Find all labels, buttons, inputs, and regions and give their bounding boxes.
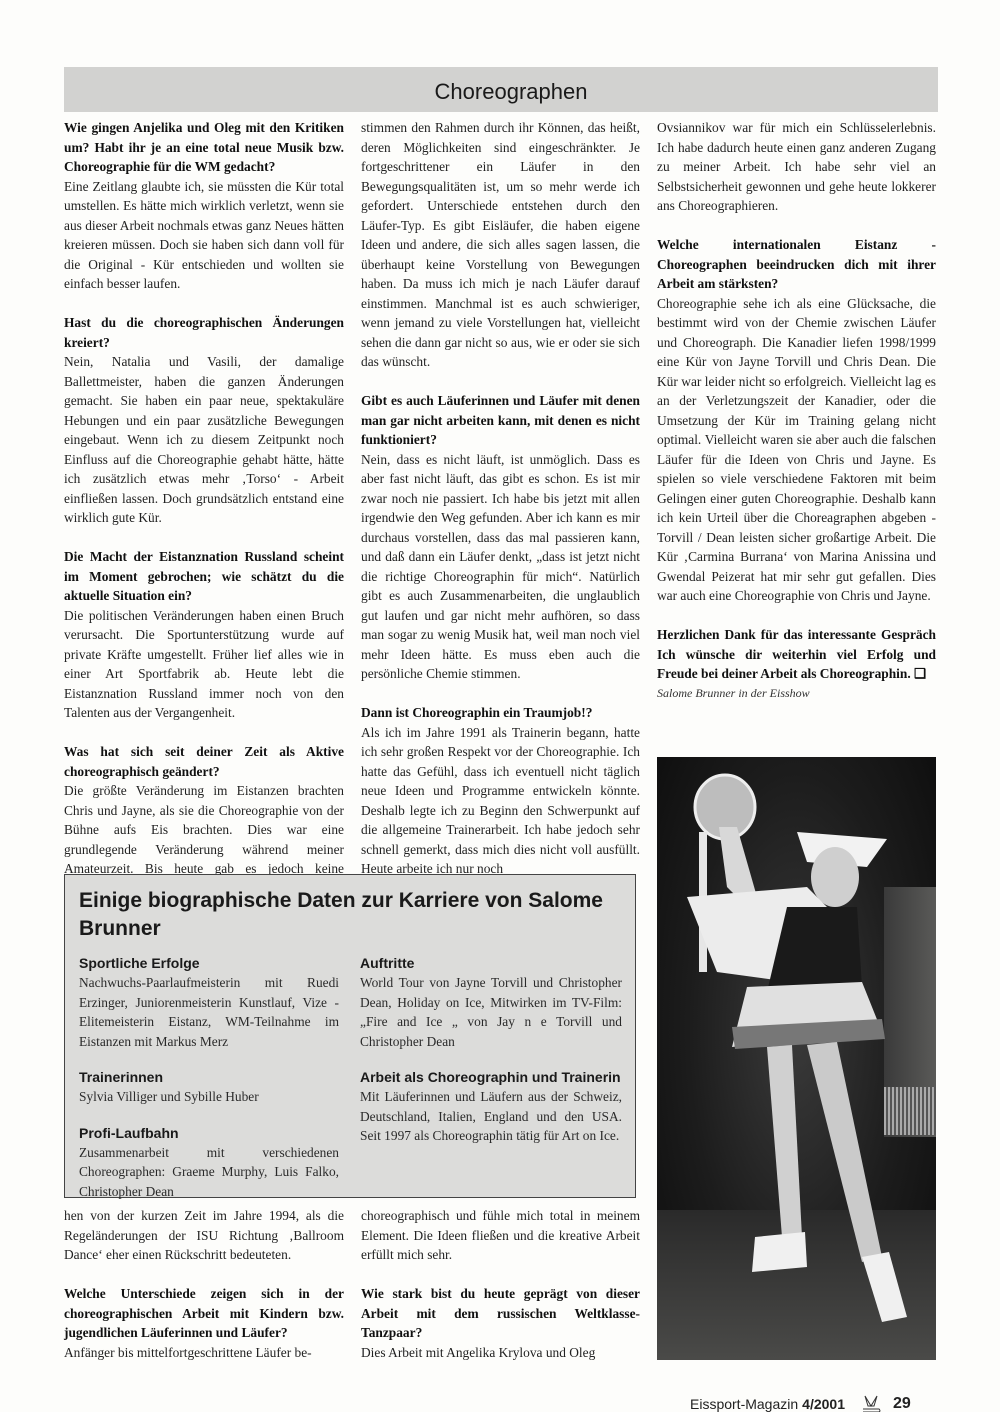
interview-answer: Anfänger bis mittelfortgeschrittene Läuf… — [64, 1343, 344, 1363]
interview-answer: Als ich im Jahre 1991 als Trainerin bega… — [361, 723, 640, 879]
interview-answer: stimmen den Rahmen durch ihr Können, das… — [361, 118, 640, 372]
article-column-2-continued: choreographisch und fühle mich total in … — [361, 1206, 640, 1362]
paragraph-gap — [64, 723, 344, 743]
interview-question: Hast du die choreographischen Änderungen… — [64, 313, 344, 352]
paragraph-gap — [361, 1265, 640, 1285]
interview-question: Welche internationalen Eistanz - Choreog… — [657, 235, 936, 294]
bio-section-trainers: Trainerinnen Sylvia Villiger und Sybille… — [79, 1068, 339, 1107]
bio-heading: Arbeit als Choreographin und Trainerin — [360, 1068, 622, 1087]
biography-box: Einige biographische Daten zur Karriere … — [64, 874, 636, 1198]
skater-photo — [657, 757, 936, 1360]
interview-answer: Nein, dass es nicht läuft, ist unmöglich… — [361, 450, 640, 684]
paragraph-gap — [657, 216, 936, 236]
article-column-2: stimmen den Rahmen durch ihr Können, das… — [361, 118, 640, 879]
paragraph-gap — [361, 684, 640, 704]
bio-text: Mit Läuferinnen und Läufern aus der Schw… — [360, 1087, 622, 1146]
interview-answer: Dies Arbeit mit Angelika Krylova und Ole… — [361, 1343, 640, 1363]
interview-answer: Eine Zeitlang glaubte ich, sie müssten d… — [64, 177, 344, 294]
article-column-3: Ovsiannikov war für mich ein Schlüsseler… — [657, 118, 936, 703]
magazine-name: Eissport-Magazin — [690, 1396, 798, 1412]
issue-number: 4/2001 — [802, 1396, 845, 1412]
interview-answer: choreographisch und fühle mich total in … — [361, 1206, 640, 1265]
bio-text: Zusammenarbeit mit verschiedenen Choreog… — [79, 1143, 339, 1202]
interview-question: Was hat sich seit deiner Zeit als Aktive… — [64, 742, 344, 781]
bio-heading: Profi-Laufbahn — [79, 1124, 339, 1143]
bio-heading: Auftritte — [360, 954, 622, 973]
biography-right-column: Auftritte World Tour von Jayne Torvill u… — [360, 954, 622, 1163]
interview-question: Wie gingen Anjelika und Oleg mit den Kri… — [64, 118, 344, 177]
section-title: Choreographen — [435, 79, 588, 105]
bio-text: Nachwuchs-Paarlaufmeisterin mit Ruedi Er… — [79, 973, 339, 1051]
paragraph-gap — [657, 606, 936, 626]
photo-caption: Salome Brunner in der Eisshow — [657, 684, 936, 704]
bio-section-sport-achievements: Sportliche Erfolge Nachwuchs-Paarlaufmei… — [79, 954, 339, 1051]
bio-text: Sylvia Villiger und Sybille Huber — [79, 1087, 339, 1107]
paragraph-gap — [64, 1265, 344, 1285]
bio-section-pro-career: Profi-Laufbahn Zusammenarbeit mit versch… — [79, 1124, 339, 1202]
interview-answer: Choreographie sehe ich als eine Glücksac… — [657, 294, 936, 606]
interview-answer: Die politischen Veränderungen haben eine… — [64, 606, 344, 723]
bio-text: World Tour von Jayne Torvill und Christo… — [360, 973, 622, 1051]
paragraph-gap — [64, 528, 344, 548]
article-column-1: Wie gingen Anjelika und Oleg mit den Kri… — [64, 118, 344, 898]
paragraph-gap — [64, 294, 344, 314]
interview-question: Wie stark bist du heute geprägt von dies… — [361, 1284, 640, 1343]
bio-heading: Sportliche Erfolge — [79, 954, 339, 973]
bio-section-choreographer-work: Arbeit als Choreographin und Trainerin M… — [360, 1068, 622, 1146]
biography-title: Einige biographische Daten zur Karriere … — [79, 887, 619, 943]
section-header-band: Choreographen — [64, 67, 938, 112]
skate-wing-logo-icon — [859, 1394, 883, 1412]
bio-section-appearances: Auftritte World Tour von Jayne Torvill u… — [360, 954, 622, 1051]
biography-left-column: Sportliche Erfolge Nachwuchs-Paarlaufmei… — [79, 954, 339, 1218]
page-footer: Eissport-Magazin 4/2001 29 — [690, 1393, 911, 1412]
article-column-1-continued: hen von der kurzen Zeit im Jahre 1994, a… — [64, 1206, 344, 1362]
interview-question: Gibt es auch Läuferinnen und Läufer mit … — [361, 391, 640, 450]
bio-heading: Trainerinnen — [79, 1068, 339, 1087]
paragraph-gap — [361, 372, 640, 392]
page-number: 29 — [893, 1395, 911, 1412]
skater-figure-icon — [657, 757, 936, 1360]
interview-question: Dann ist Choreographin ein Traumjob!? — [361, 703, 640, 723]
interview-answer: Ovsiannikov war für mich ein Schlüsseler… — [657, 118, 936, 216]
interview-question: Herzlichen Dank für das interessante Ges… — [657, 625, 936, 684]
interview-question: Welche Unterschiede zeigen sich in der c… — [64, 1284, 344, 1343]
interview-answer: Nein, Natalia und Vasili, der damalige B… — [64, 352, 344, 528]
interview-question: Die Macht der Eistanznation Russland sch… — [64, 547, 344, 606]
